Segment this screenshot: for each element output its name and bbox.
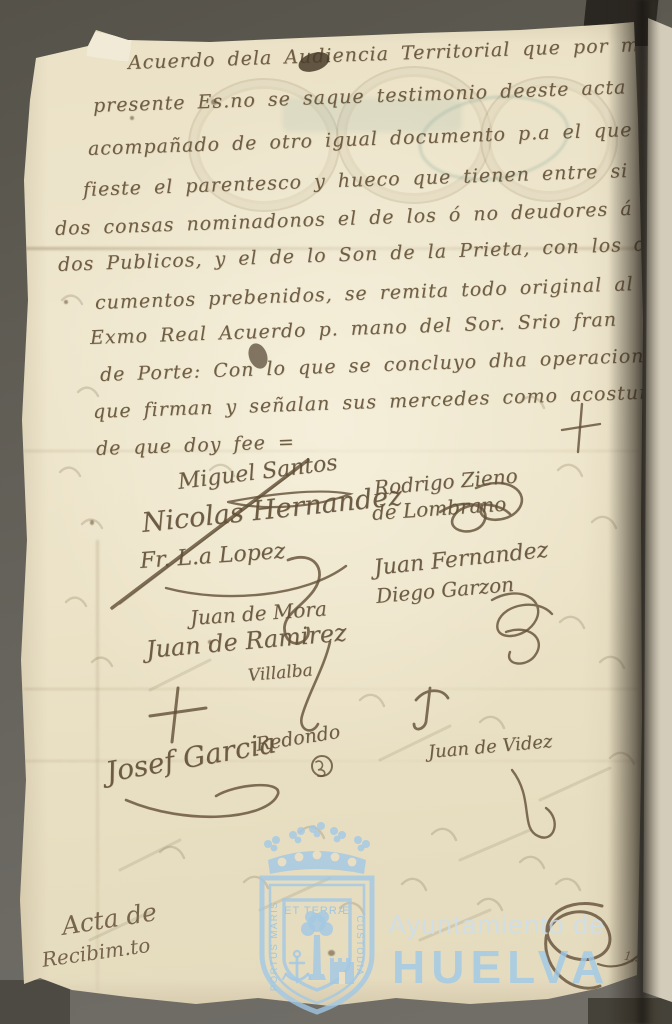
bleedthrough-marks bbox=[60, 296, 634, 914]
rubric-loops bbox=[506, 630, 539, 664]
rubric-loops bbox=[301, 642, 330, 730]
ink-blot bbox=[245, 341, 271, 372]
rubric-flourish bbox=[546, 904, 610, 989]
bleedthrough-streaks bbox=[90, 660, 610, 940]
binding-gutter-shadow bbox=[608, 0, 660, 1024]
cross-mark bbox=[150, 708, 206, 716]
document-scan: Acuerdo dela Audiencia Territorial que p… bbox=[0, 0, 672, 1024]
ink-blot bbox=[296, 48, 332, 75]
pen-slash bbox=[112, 460, 308, 608]
rubric-loops bbox=[476, 483, 522, 520]
rubric-loops bbox=[512, 770, 555, 838]
rubric-loops bbox=[440, 504, 510, 532]
manuscript-page: Acuerdo dela Audiencia Territorial que p… bbox=[0, 0, 672, 1024]
signature-underline bbox=[228, 492, 350, 507]
rubric-loops bbox=[284, 557, 319, 643]
pen-slash bbox=[120, 470, 296, 604]
pen-mark bbox=[414, 688, 448, 729]
cross-mark bbox=[172, 688, 178, 742]
pen-flourishes bbox=[0, 0, 672, 1024]
scan-background-shadow bbox=[0, 980, 70, 1024]
signature-underline bbox=[126, 785, 278, 817]
